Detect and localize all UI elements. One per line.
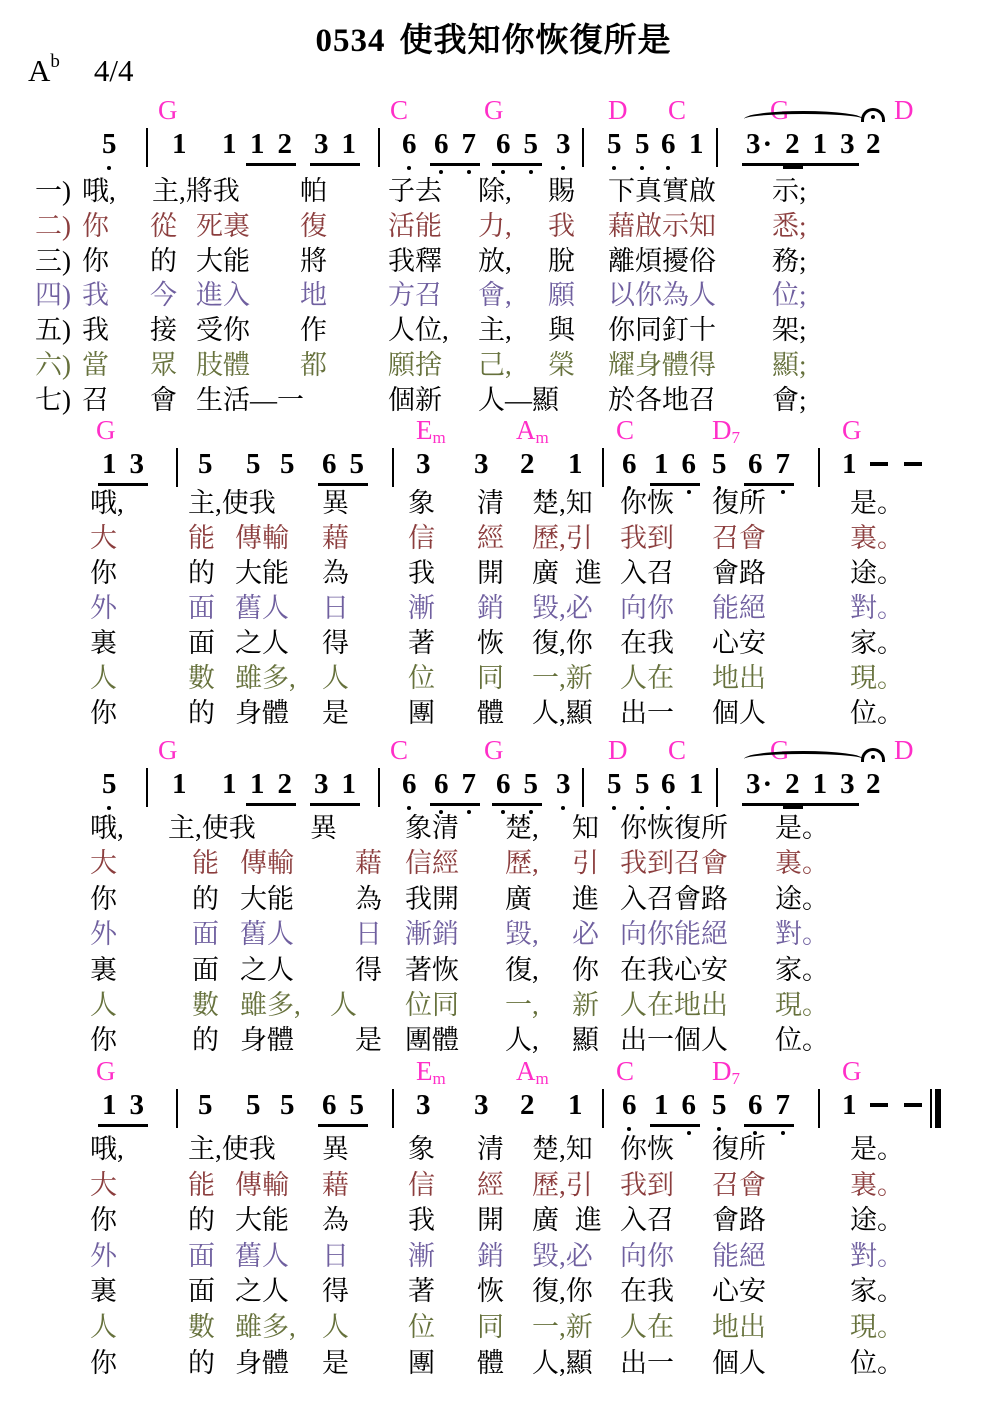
notation-system: GCGDCGD511123166765355613·2132 xyxy=(0,737,987,815)
lyric-token: 團 xyxy=(408,1347,435,1380)
note: 3 xyxy=(314,767,329,801)
lyric-token: 裏。 xyxy=(775,847,829,880)
lyric-token: 現。 xyxy=(850,1311,904,1344)
lyric-token: 我 xyxy=(408,557,435,590)
lyric-token: 的 xyxy=(192,1024,219,1057)
lyric-token: 位。 xyxy=(850,697,904,730)
lyric-token: 都 xyxy=(300,349,327,382)
note: 2 xyxy=(520,447,535,481)
lyric-token: 途。 xyxy=(850,1204,904,1237)
lyric-token: 人 xyxy=(90,662,117,695)
note: 6 xyxy=(322,447,337,481)
lyric-token: 人 xyxy=(90,1311,117,1344)
lyric-line: 五)我接受你作人位,主,與你同釘十架; xyxy=(0,314,987,349)
chord: G xyxy=(158,737,178,764)
lyric-line: 你的大能為我開廣進入召會路途。 xyxy=(0,1204,987,1239)
lyric-token: 經 xyxy=(477,522,504,555)
note: 1 xyxy=(842,447,857,481)
chord: C xyxy=(616,417,634,444)
chord-subscript: m xyxy=(433,1069,446,1088)
lyric-token: 我到 xyxy=(620,1169,674,1202)
note-group: 13 xyxy=(98,447,148,486)
lyric-token: 受你 xyxy=(196,314,250,347)
note: 5 xyxy=(524,127,539,161)
lyric-line: 大能傳輸藉信經歷,引我到召會裏。 xyxy=(0,847,987,882)
lyric-line: 三)你的大能將我釋放,脫離煩擾俗務; xyxy=(0,245,987,280)
octave-dot xyxy=(627,1127,631,1131)
note: 1 xyxy=(568,447,583,481)
chord: C xyxy=(390,737,408,764)
lyric-line: 人數雖多,人位同一,新人在地出現。 xyxy=(0,1311,987,1346)
lyric-token: 我 xyxy=(408,1204,435,1237)
barline xyxy=(818,1089,820,1128)
barline xyxy=(716,768,718,807)
chord: C xyxy=(390,97,408,124)
note: 1 xyxy=(689,767,704,801)
lyric-token: 入召 xyxy=(620,557,674,590)
note-group: 67 xyxy=(744,447,794,486)
note: 3 xyxy=(556,127,571,161)
note-group: 31 xyxy=(310,767,360,806)
lyric-token: 今 xyxy=(150,279,177,312)
lyric-token: 得 xyxy=(322,1275,349,1308)
lyric-token: 對。 xyxy=(775,918,829,951)
lyric-line: 大能傳輸藉信經歷,引我到召會裏。 xyxy=(0,522,987,557)
note: 1 xyxy=(813,767,828,801)
lyric-token: 是 xyxy=(322,697,349,730)
lyric-token: 大能 xyxy=(240,883,294,916)
lyric-token: 藉 xyxy=(322,1169,349,1202)
note: 5 xyxy=(246,1088,261,1122)
augmentation-dot: · xyxy=(763,768,773,800)
lyric-token: 我釋 xyxy=(388,245,442,278)
lyric-token: 現。 xyxy=(850,662,904,695)
lyric-token: 銷 xyxy=(477,592,504,625)
lyric-token: 向你 xyxy=(620,592,674,625)
note-group: 1 xyxy=(842,447,857,482)
note: 1 xyxy=(172,127,187,161)
note: 2 xyxy=(785,767,800,801)
lyric-token: 體 xyxy=(477,697,504,730)
note: 5 xyxy=(607,767,622,801)
chord: Em xyxy=(416,417,446,451)
note-group: 65 xyxy=(318,1088,368,1127)
note-group: 67 xyxy=(744,1088,794,1127)
lyric-token: 眾 xyxy=(150,349,177,382)
lyric-token: 死裏 xyxy=(196,210,250,243)
lyric-token: 的 xyxy=(188,697,215,730)
note-group: 2 xyxy=(520,1088,535,1123)
lyric-line: 一)哦,主,將我帕子去除,賜下真實啟示; xyxy=(0,175,987,210)
barline xyxy=(582,128,584,167)
note: 3 xyxy=(474,447,489,481)
lyric-token: 舊人 xyxy=(235,1240,289,1273)
lyric-token: 從 xyxy=(150,210,177,243)
lyric-token: 面 xyxy=(188,592,215,625)
lyric-token: 在我心安 xyxy=(620,954,728,987)
note: 3· xyxy=(746,127,772,161)
lyric-token: 入召 xyxy=(620,1204,674,1237)
lyric-token: 脫 xyxy=(548,245,575,278)
note-group: 5 xyxy=(246,447,261,482)
lyric-token: 放, xyxy=(478,245,512,278)
chord: D xyxy=(894,737,914,764)
chord-subscript: m xyxy=(536,1069,549,1088)
fermata-icon xyxy=(861,748,885,762)
note: 2 xyxy=(520,1088,535,1122)
lyric-token: 面 xyxy=(192,918,219,951)
octave-dot xyxy=(561,166,565,170)
lyric-token: 外 xyxy=(90,918,117,951)
lyric-token: 身體 xyxy=(235,697,289,730)
lyric-token: 復所 xyxy=(712,487,766,520)
lyric-token: 帕 xyxy=(300,175,327,208)
lyric-token: 團體 xyxy=(405,1024,459,1057)
lyric-token: 銷 xyxy=(477,1240,504,1273)
note: 2 xyxy=(866,127,881,161)
lyric-token: 日 xyxy=(355,918,382,951)
notation-system: GEmAmCD7G135556533216165671 xyxy=(0,417,987,495)
lyric-token: 數 xyxy=(192,989,219,1022)
lyric-line: 六)當眾肢體都願捨己,榮耀身體得顯; xyxy=(0,349,987,384)
lyric-token: 是。 xyxy=(775,812,829,845)
lyric-token: 二) xyxy=(35,210,71,243)
lyric-token: 個人 xyxy=(712,1347,766,1380)
note-group: 5 xyxy=(712,1088,727,1123)
chord: Em xyxy=(416,1058,446,1092)
lyric-token: 藉啟示知 xyxy=(608,210,716,243)
lyric-token: 數 xyxy=(188,662,215,695)
lyric-token: 會; xyxy=(772,384,807,417)
note-group: 5 xyxy=(198,447,213,482)
lyric-token: 團 xyxy=(408,697,435,730)
lyric-token: 復, xyxy=(505,954,539,987)
chord: G xyxy=(96,1058,116,1085)
note: 7 xyxy=(462,767,477,801)
note: 6 xyxy=(661,127,676,161)
octave-dot xyxy=(529,170,533,174)
lyric-token: 人在 xyxy=(620,1311,674,1344)
slur xyxy=(744,751,863,767)
lyric-token: 作 xyxy=(300,314,327,347)
lyric-token: 同 xyxy=(477,662,504,695)
note: 5 xyxy=(102,767,117,801)
lyric-token: 家。 xyxy=(775,954,829,987)
lyric-token: 進 xyxy=(575,557,602,590)
lyric-line: 你的身體是團體人,顯出一個人位。 xyxy=(0,1024,987,1059)
lyric-token: 歷,引 xyxy=(532,1169,593,1202)
lyric-token: 地出 xyxy=(712,1311,766,1344)
octave-dot xyxy=(107,166,111,170)
note: 7 xyxy=(462,127,477,161)
lyric-token: 當 xyxy=(82,349,109,382)
barline xyxy=(818,448,820,487)
lyric-token: 是。 xyxy=(850,1133,904,1166)
lyric-token: 你 xyxy=(82,245,109,278)
lyric-token: 楚,知 xyxy=(532,1133,593,1166)
note: 6 xyxy=(402,127,417,161)
lyric-token: 願 xyxy=(548,279,575,312)
lyric-token: 人, xyxy=(505,1024,539,1057)
note: 5 xyxy=(607,127,622,161)
note: 5 xyxy=(635,127,650,161)
note-group: 65 xyxy=(492,767,542,806)
lyric-token: 位。 xyxy=(850,1347,904,1380)
note: 1 xyxy=(842,1088,857,1122)
lyric-token: 復 xyxy=(300,210,327,243)
slur xyxy=(744,111,863,127)
note-group: 5 xyxy=(102,767,117,802)
octave-dot xyxy=(666,166,670,170)
lyric-token: 在我 xyxy=(620,627,674,660)
note-group: 65 xyxy=(492,127,542,166)
lyric-token: 主,使我 xyxy=(188,1133,276,1166)
lyric-token: 信 xyxy=(408,522,435,555)
lyric-token: 大 xyxy=(90,522,117,555)
lyric-token: 肢體 xyxy=(196,349,250,382)
note: 1 xyxy=(102,447,117,481)
lyric-line: 哦,主,使我異象清楚,知你恢復所是。 xyxy=(0,1133,987,1168)
lyric-token: 面 xyxy=(188,1240,215,1273)
lyric-token: 五) xyxy=(35,314,71,347)
lyric-token: 位同 xyxy=(405,989,459,1022)
note: 3 xyxy=(840,127,855,161)
lyric-line: 你的身體是團體人,顯出一個人位。 xyxy=(0,697,987,732)
lyric-token: 歷, xyxy=(505,847,539,880)
note: 5 xyxy=(712,447,727,481)
lyric-token: 面 xyxy=(188,1275,215,1308)
lyric-token: 你 xyxy=(90,1024,117,1057)
lyric-token: 以你為人 xyxy=(608,279,716,312)
note-group: 6 xyxy=(661,767,676,802)
note-group: 1 xyxy=(222,767,237,802)
notation-system: GEmAmCD7G135556533216165671 xyxy=(0,1058,987,1136)
lyric-token: 廣 xyxy=(532,1204,559,1237)
note: 3 xyxy=(840,767,855,801)
note: 6 xyxy=(496,127,511,161)
lyric-token: 哦, xyxy=(90,1133,124,1166)
chord: G xyxy=(484,97,504,124)
note: 3 xyxy=(314,127,329,161)
note: 1 xyxy=(342,767,357,801)
lyric-token: 藉 xyxy=(355,847,382,880)
lyric-token: 途。 xyxy=(775,883,829,916)
note-group: 5 xyxy=(607,127,622,162)
note-group xyxy=(904,1088,922,1123)
chord-subscript: 7 xyxy=(732,428,741,447)
lyric-token: 之人 xyxy=(240,954,294,987)
lyric-token: 大 xyxy=(90,1169,117,1202)
octave-dot xyxy=(612,806,616,810)
barline xyxy=(378,768,380,807)
lyric-token: 的 xyxy=(188,1347,215,1380)
note: 3 xyxy=(130,1088,145,1122)
lyric-token: 家。 xyxy=(850,1275,904,1308)
lyric-token: 新 xyxy=(572,989,599,1022)
note-group: 3 xyxy=(416,447,431,482)
note: 3 xyxy=(474,1088,489,1122)
lyric-token: 心安 xyxy=(712,627,766,660)
lyric-token: 數 xyxy=(188,1311,215,1344)
note-group: 5 xyxy=(246,1088,261,1123)
lyric-token: 活能 xyxy=(388,210,442,243)
note: 5 xyxy=(280,1088,295,1122)
notation-system: GCGDCGD511123166765355613·2132 xyxy=(0,97,987,175)
note: 1 xyxy=(102,1088,117,1122)
lyric-token: 外 xyxy=(90,1240,117,1273)
note-group xyxy=(904,447,922,482)
lyric-token: 異 xyxy=(322,487,349,520)
key-signature: Ab4/4 xyxy=(28,52,134,86)
barline xyxy=(378,128,380,167)
note: 1 xyxy=(172,767,187,801)
lyric-token: 會路 xyxy=(712,1204,766,1237)
lyric-token: 人,顯 xyxy=(532,1347,593,1380)
lyric-token: 象 xyxy=(408,1133,435,1166)
note: 1 xyxy=(654,1088,669,1122)
chord: C xyxy=(668,97,686,124)
lyric-token: 人 xyxy=(322,662,349,695)
note: 1 xyxy=(222,127,237,161)
note-group: 3 xyxy=(474,1088,489,1123)
lyric-token: 你 xyxy=(572,954,599,987)
lyric-token: 召會 xyxy=(712,1169,766,1202)
lyric-token: 面 xyxy=(192,954,219,987)
lyric-token: 復,你 xyxy=(532,627,593,660)
fermata-icon xyxy=(861,108,885,122)
note-group: 1 xyxy=(568,447,583,482)
lyric-token: 廣 xyxy=(505,883,532,916)
lyric-token: 對。 xyxy=(850,592,904,625)
lyric-token: 裏。 xyxy=(850,1169,904,1202)
lyric-token: 日 xyxy=(322,1240,349,1273)
lyric-token: 我 xyxy=(82,314,109,347)
lyric-token: 我開 xyxy=(405,883,459,916)
lyric-token: 人在地出 xyxy=(620,989,728,1022)
chord: G xyxy=(158,97,178,124)
lyric-token: 心安 xyxy=(712,1275,766,1308)
lyric-token: 會 xyxy=(150,384,177,417)
lyric-token: 恢 xyxy=(477,627,504,660)
note: 7 xyxy=(776,447,791,481)
note: 5 xyxy=(198,447,213,481)
octave-dot xyxy=(107,806,111,810)
double-beam xyxy=(783,166,803,169)
note: 3· xyxy=(746,767,772,801)
chord: D xyxy=(894,97,914,124)
lyric-token: 裏 xyxy=(90,1275,117,1308)
lyric-token: 一,新 xyxy=(532,1311,593,1344)
barline xyxy=(146,768,148,807)
lyric-token: 個人 xyxy=(712,697,766,730)
lyric-token: 你 xyxy=(90,557,117,590)
lyric-token: 三) xyxy=(35,245,71,278)
note-group: 6 xyxy=(622,447,637,482)
lyric-token: 藉 xyxy=(322,522,349,555)
lyric-token: 漸 xyxy=(408,1240,435,1273)
note-group: 5 xyxy=(280,447,295,482)
lyric-token: 哦, xyxy=(90,812,124,845)
lyric-token: 一) xyxy=(35,175,71,208)
lyric-token: 必 xyxy=(572,918,599,951)
note-group xyxy=(870,1088,888,1123)
lyric-token: 大能 xyxy=(235,1204,289,1237)
chord: C xyxy=(668,737,686,764)
octave-dot xyxy=(407,806,411,810)
lyric-token: 漸 xyxy=(408,592,435,625)
lyric-token: 能絕 xyxy=(712,592,766,625)
lyric-line: 七)召會生活—一個新人—顯於各地召會; xyxy=(0,384,987,419)
note-group: 6 xyxy=(622,1088,637,1123)
lyric-token: 向你能絕 xyxy=(620,918,728,951)
lyric-token: 賜 xyxy=(548,175,575,208)
lyric-token: 是 xyxy=(322,1347,349,1380)
note: 6 xyxy=(434,127,449,161)
lyric-line: 你的大能為我開廣進入召會路途。 xyxy=(0,557,987,592)
lyric-token: 大能 xyxy=(235,557,289,590)
note-group: 65 xyxy=(318,447,368,486)
chord: Am xyxy=(516,1058,549,1092)
lyric-token: 你 xyxy=(90,883,117,916)
barline-thick xyxy=(935,1089,941,1128)
lyric-token: 在我 xyxy=(620,1275,674,1308)
chord: D xyxy=(608,97,628,124)
lyric-token: 引 xyxy=(572,847,599,880)
lyric-token: 哦, xyxy=(90,487,124,520)
lyric-token: 途。 xyxy=(850,557,904,590)
octave-dot xyxy=(467,170,471,174)
double-beam xyxy=(783,806,803,809)
lyric-line: 哦,主,使我異象清楚,知你恢復所是。 xyxy=(0,487,987,522)
lyric-token: 為 xyxy=(322,557,349,590)
lyric-token: 你恢 xyxy=(620,487,674,520)
lyric-token: 人 xyxy=(330,989,357,1022)
lyric-token: 會路 xyxy=(712,557,766,590)
lyric-token: 廣 xyxy=(532,557,559,590)
note-group: 5 xyxy=(102,127,117,162)
note-group: 16 xyxy=(650,1088,700,1127)
time-signature: 4/4 xyxy=(94,53,134,88)
lyric-token: 一,新 xyxy=(532,662,593,695)
note: 6 xyxy=(622,447,637,481)
note-group: 13 xyxy=(98,1088,148,1127)
note: 6 xyxy=(622,1088,637,1122)
hymn-title-text: 使我知你恢復所是 xyxy=(400,23,672,59)
lyric-token: 個新 xyxy=(388,384,442,417)
lyric-token: 你 xyxy=(82,210,109,243)
note: 6 xyxy=(496,767,511,801)
note: 5 xyxy=(246,447,261,481)
note: 5 xyxy=(350,447,365,481)
lyric-token: 毀,必 xyxy=(532,1240,593,1273)
lyric-token: 人位, xyxy=(388,314,449,347)
lyric-token: 舊人 xyxy=(235,592,289,625)
note-group: 16 xyxy=(650,447,700,486)
lyric-token: 體 xyxy=(477,1347,504,1380)
lyric-token: 將 xyxy=(300,245,327,278)
note-group: 5 xyxy=(198,1088,213,1123)
lyric-token: 雖多, xyxy=(235,1311,296,1344)
octave-dot xyxy=(640,166,644,170)
lyric-token: 毀,必 xyxy=(532,592,593,625)
note-group: 2 xyxy=(866,127,881,162)
octave-dot xyxy=(407,166,411,170)
note-group: 12 xyxy=(246,767,296,806)
octave-dot xyxy=(612,166,616,170)
lyric-line: 人數雖多,人位同一,新人在地出現。 xyxy=(0,662,987,697)
lyric-token: 哦, xyxy=(82,175,116,208)
barline xyxy=(716,128,718,167)
